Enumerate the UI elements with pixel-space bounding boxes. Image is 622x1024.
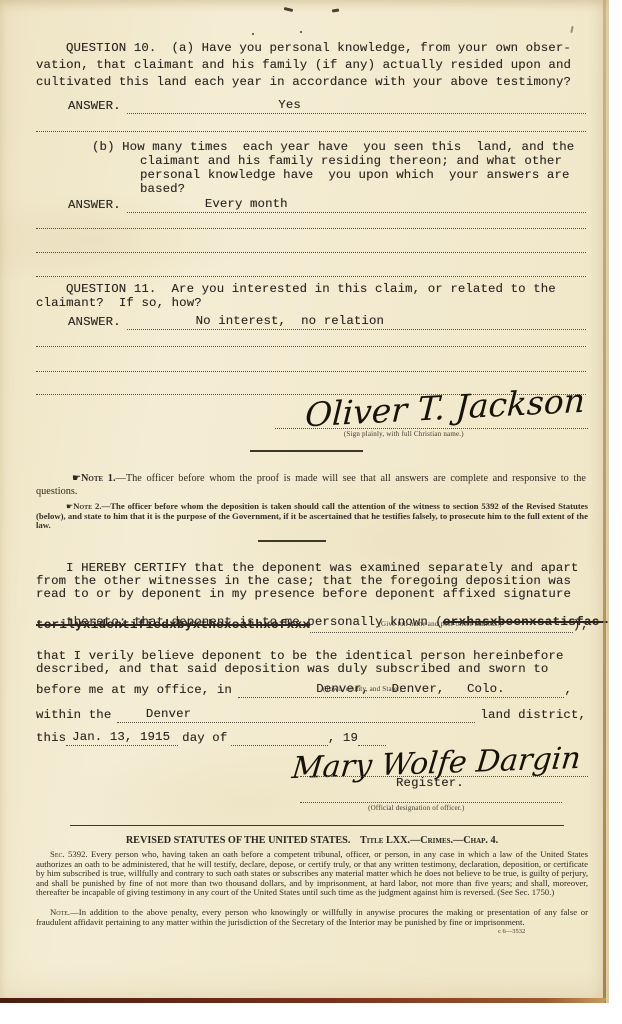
name-blank-line: (Give full name and post-office address.… xyxy=(310,617,573,633)
question-10-line-2: vation, that claimant and his family (if… xyxy=(36,58,571,73)
officer-designation-line: (Official designation of officer.) xyxy=(300,794,562,803)
blank-line xyxy=(36,363,586,372)
answer-blank-line: No interest, no relation xyxy=(127,314,586,330)
answer-value-q10b: Every month xyxy=(205,197,288,212)
note-1-label: Note 1. xyxy=(81,473,116,484)
answer-row-q10b: ANSWER. Every month xyxy=(68,196,586,213)
officer-title: Register. xyxy=(396,776,464,791)
answer-label: ANSWER. xyxy=(68,198,127,213)
day-blank-line xyxy=(231,730,327,746)
struck-out-text: torilyxidentifiedxbyxthexoathxofxxx xyxy=(36,618,310,633)
answer-row-q10a: ANSWER. Yes xyxy=(68,97,586,114)
note-2: ☛Note 2.—The officer before whom the dep… xyxy=(36,502,588,530)
scanned-document: { "colors": { "paper": "#f3ebd1", "ink":… xyxy=(0,0,622,1024)
statutes-divider xyxy=(70,825,564,826)
answer-label: ANSWER. xyxy=(68,99,127,114)
note-1: ☛Note 1.—The officer before whom the pro… xyxy=(36,473,586,498)
verily-line-2: described, and that said deposition was … xyxy=(36,662,548,677)
year-label: , 19 xyxy=(328,731,358,746)
form-code: c 6—3532 xyxy=(498,928,525,935)
close-paren: ); xyxy=(573,618,588,633)
note-2-text: —The officer before whom the deposition … xyxy=(36,501,588,530)
answer-value-q11: No interest, no relation xyxy=(196,314,384,329)
section-divider xyxy=(258,540,326,542)
question-10-line-3: cultivated this land each year in accord… xyxy=(36,75,571,90)
blank-line xyxy=(36,338,586,347)
district-value: Denver xyxy=(146,707,191,722)
this-label: this xyxy=(36,731,66,746)
name-caption: (Give full name and post-office address.… xyxy=(379,620,502,628)
answer-row-q11: ANSWER. No interest, no relation xyxy=(68,313,586,330)
pencil-mark xyxy=(332,9,339,12)
place-blank-line: Denver, Denver, Colo. (Town, county, and… xyxy=(238,682,565,698)
blank-line xyxy=(36,220,586,229)
question-10-line-1: QUESTION 10. (a) Have you personal knowl… xyxy=(66,41,571,56)
date-value: Jan. 13, 1915 xyxy=(72,730,170,745)
answer-value-q10a: Yes xyxy=(278,98,301,113)
land-district-label: land district, xyxy=(475,708,587,723)
year-blank-line xyxy=(358,730,386,746)
statute-note-text: —In addition to the above penalty, every… xyxy=(36,907,588,927)
question-10b-line-3: personal knowledge have you upon which y… xyxy=(140,168,570,183)
blank-line xyxy=(36,123,586,132)
trailing-comma: , xyxy=(564,683,572,698)
note-2-label: Note 2. xyxy=(73,501,101,511)
sec-text: Every person who, having taken an oath b… xyxy=(36,849,588,897)
office-place-row: before me at my office, in Denver, Denve… xyxy=(36,681,572,698)
blank-line xyxy=(36,244,586,253)
question-11-line-1: QUESTION 11. Are you interested in this … xyxy=(66,282,556,297)
ink-speck xyxy=(300,31,302,33)
statute-note: Note.—In addition to the above penalty, … xyxy=(36,908,588,927)
signature-line: (Sign plainly, with full Christian name.… xyxy=(275,420,588,429)
note-1-text: —The officer before whom the proof is ma… xyxy=(36,473,586,497)
day-of-label: day of xyxy=(178,731,231,746)
question-10b-line-1: (b) How many times each year have you se… xyxy=(92,140,574,155)
answer-blank-line: Every month xyxy=(127,197,586,213)
district-blank-line: Denver xyxy=(117,707,474,723)
answer-blank-line: Yes xyxy=(127,98,586,114)
ink-speck xyxy=(570,26,573,33)
paper-page: QUESTION 10. (a) Have you personal knowl… xyxy=(0,0,609,1003)
sec-label: Sec. 5392. xyxy=(50,849,88,859)
ink-speck xyxy=(252,33,254,35)
page-right-edge xyxy=(603,0,606,1003)
before-me-label: before me at my office, in xyxy=(36,683,238,698)
date-blank-line: Jan. 13, 1915 xyxy=(66,730,178,746)
section-divider xyxy=(250,450,363,452)
land-district-row: within the Denver land district, xyxy=(36,706,586,723)
blank-line xyxy=(36,268,586,277)
pencil-mark xyxy=(284,7,293,12)
date-row: this Jan. 13, 1915 day of , 19 xyxy=(36,729,386,746)
within-label: within the xyxy=(36,708,117,723)
officer-caption: (Official designation of officer.) xyxy=(368,804,464,812)
question-10b-line-4: based? xyxy=(140,182,185,197)
identification-row: torilyxidentifiedxbyxthexoathxofxxx (Giv… xyxy=(36,617,588,633)
statutes-title-main: REVISED STATUTES OF THE UNITED STATES. xyxy=(126,835,351,846)
statute-sec-5392: Sec. 5392. Every person who, having take… xyxy=(36,850,588,898)
question-10b-line-2: claimant and his family residing thereon… xyxy=(140,154,562,169)
statutes-title: REVISED STATUTES OF THE UNITED STATES. T… xyxy=(36,835,588,846)
statutes-title-sub: Title LXX.—Crimes.—Chap. 4. xyxy=(360,835,498,846)
town-caption: (Town, county, and State.) xyxy=(323,685,402,693)
signature-caption: (Sign plainly, with full Christian name.… xyxy=(344,430,464,438)
statute-note-label: Note. xyxy=(50,907,70,917)
pointing-hand-icon: ☛ xyxy=(72,473,81,484)
question-11-line-2: claimant? If so, how? xyxy=(36,296,202,311)
answer-label: ANSWER. xyxy=(68,315,127,330)
page-bottom-edge xyxy=(0,998,606,1003)
